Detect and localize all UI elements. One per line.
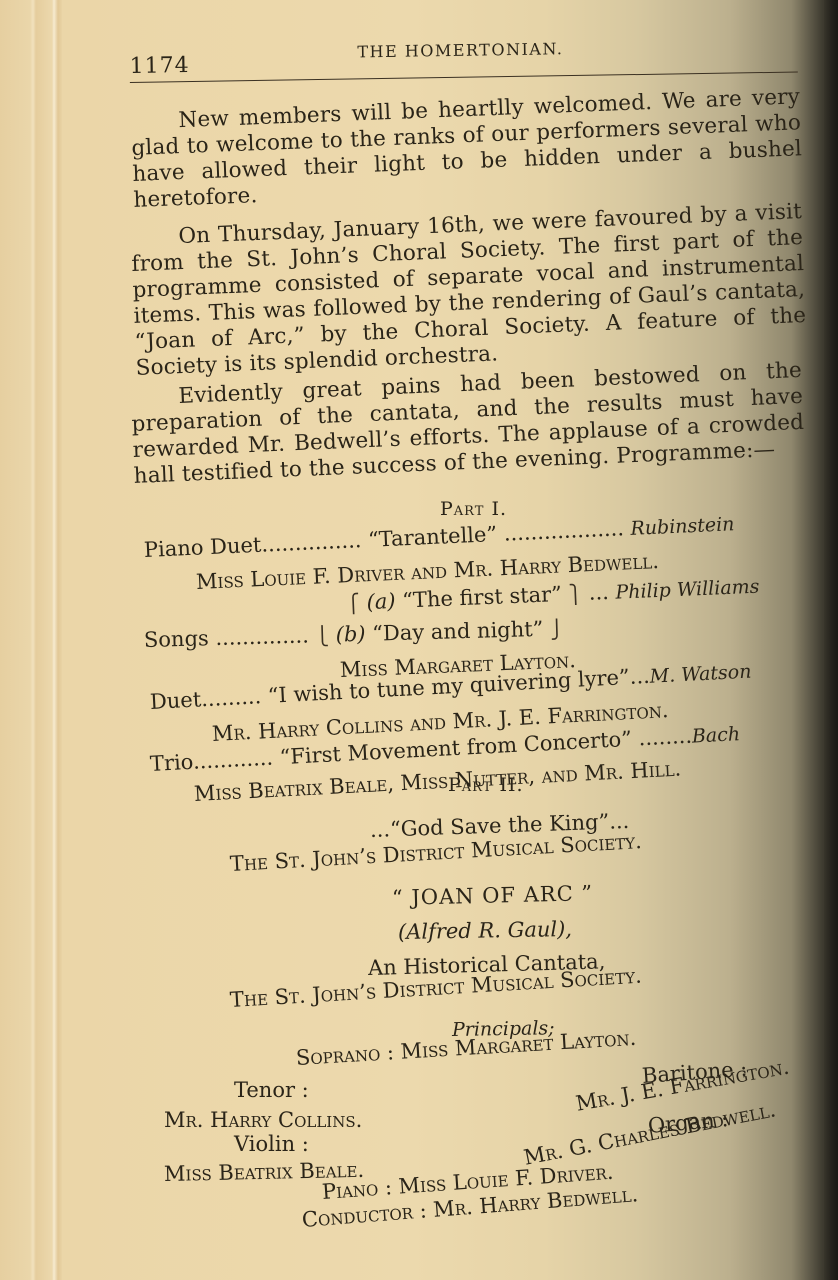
part-two-heading: Part II. <box>448 774 524 796</box>
item-type: Trio <box>149 750 193 776</box>
work-composer: (Alfred R. Gaul), <box>398 917 572 944</box>
item-title-b: “Day and night” <box>372 617 544 646</box>
page-number: 1174 <box>129 53 189 79</box>
item-label-a: (a) <box>366 589 396 614</box>
running-title: THE HOMERTONIAN. <box>357 39 563 61</box>
item-leader: ............... <box>261 528 362 557</box>
item-trail: ... <box>629 664 650 689</box>
book-page-edges <box>0 0 62 1280</box>
header-rule <box>130 72 798 83</box>
item-composer: Bach <box>691 723 740 747</box>
item-trail: .................. <box>503 516 624 545</box>
tenor-name: Mr. Harry Collins. <box>164 1108 362 1132</box>
item-composer: M. Watson <box>649 660 752 687</box>
brace-icon: ⎩ <box>315 626 329 647</box>
item-type: Songs <box>144 626 209 652</box>
brace-icon: ⎧ <box>346 593 360 615</box>
item-type: Duet <box>149 687 201 714</box>
binding-shadow <box>824 0 838 1280</box>
paragraph-choral-visit: On Thursday, January 16th, we were favou… <box>130 199 808 382</box>
item-composer: Rubinstein <box>630 513 735 540</box>
item-leader: ............ <box>192 746 273 774</box>
work-title: “ JOAN OF ARC ” <box>392 881 594 910</box>
item-leader: .............. <box>215 623 309 650</box>
tenor-label: Tenor : <box>234 1078 309 1102</box>
page-header: 1174 THE HOMERTONIAN. <box>129 29 805 90</box>
item-label-b: (b) <box>335 622 366 647</box>
item-title: “Tarantelle” <box>367 522 497 552</box>
part-one-heading: Part I. <box>440 498 507 520</box>
item-trail: ........ <box>638 724 693 751</box>
item-leader: ......... <box>201 684 262 711</box>
brace-icon: ⎫ <box>568 584 582 606</box>
item-composer: Philip Williams <box>615 576 760 604</box>
item-trail: ... <box>588 580 609 605</box>
violin-label: Violin : <box>234 1132 309 1156</box>
page-content: 1174 THE HOMERTONIAN. New members will b… <box>130 40 805 90</box>
item-type: Piano Duet <box>143 533 261 562</box>
brace-icon: ⎭ <box>550 619 564 640</box>
